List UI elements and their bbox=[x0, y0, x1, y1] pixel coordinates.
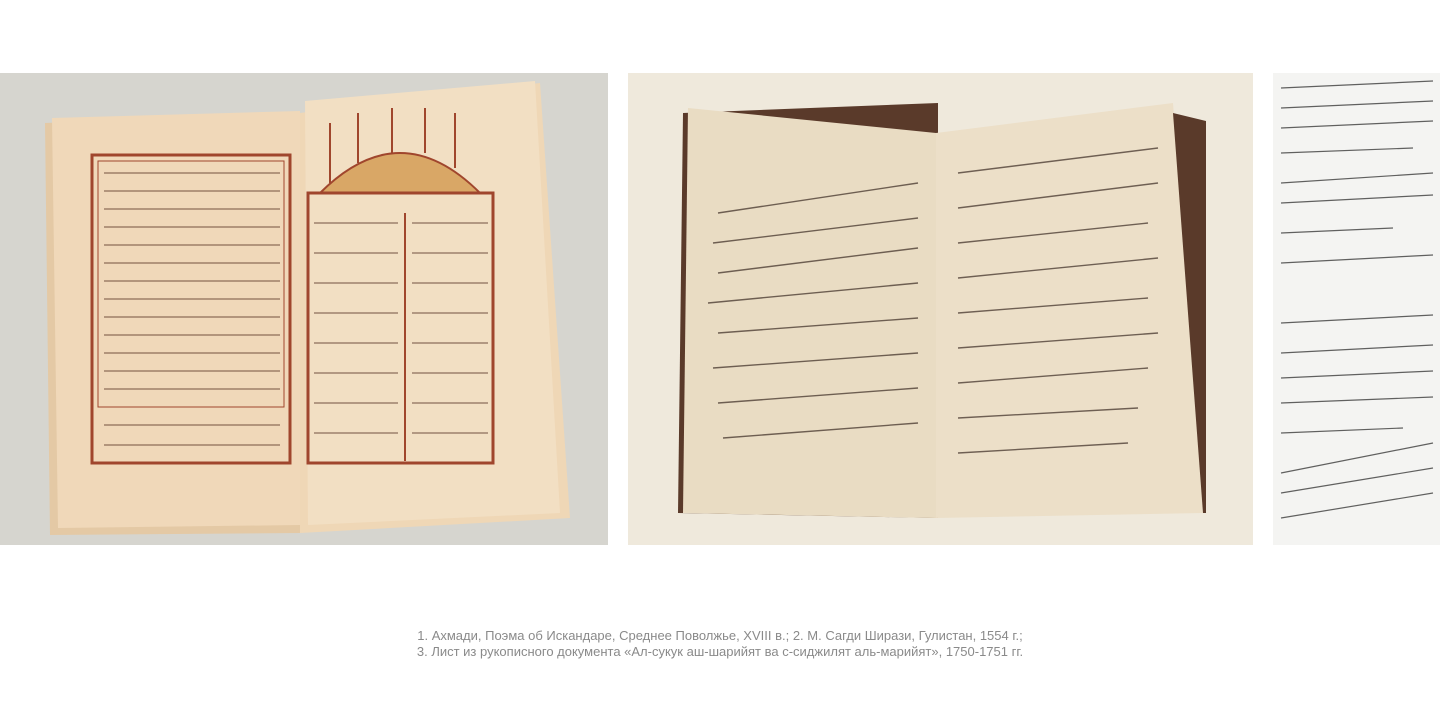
manuscript-photo-2 bbox=[628, 73, 1253, 545]
caption-line-2: 3. Лист из рукописного документа «Ал-сук… bbox=[0, 644, 1440, 660]
manuscript-photo-1 bbox=[0, 73, 608, 545]
figure-caption: 1. Ахмади, Поэма об Искандаре, Среднее П… bbox=[0, 628, 1440, 660]
document-leaf-photo-3 bbox=[1273, 73, 1440, 545]
caption-line-1: 1. Ахмади, Поэма об Искандаре, Среднее П… bbox=[0, 628, 1440, 644]
